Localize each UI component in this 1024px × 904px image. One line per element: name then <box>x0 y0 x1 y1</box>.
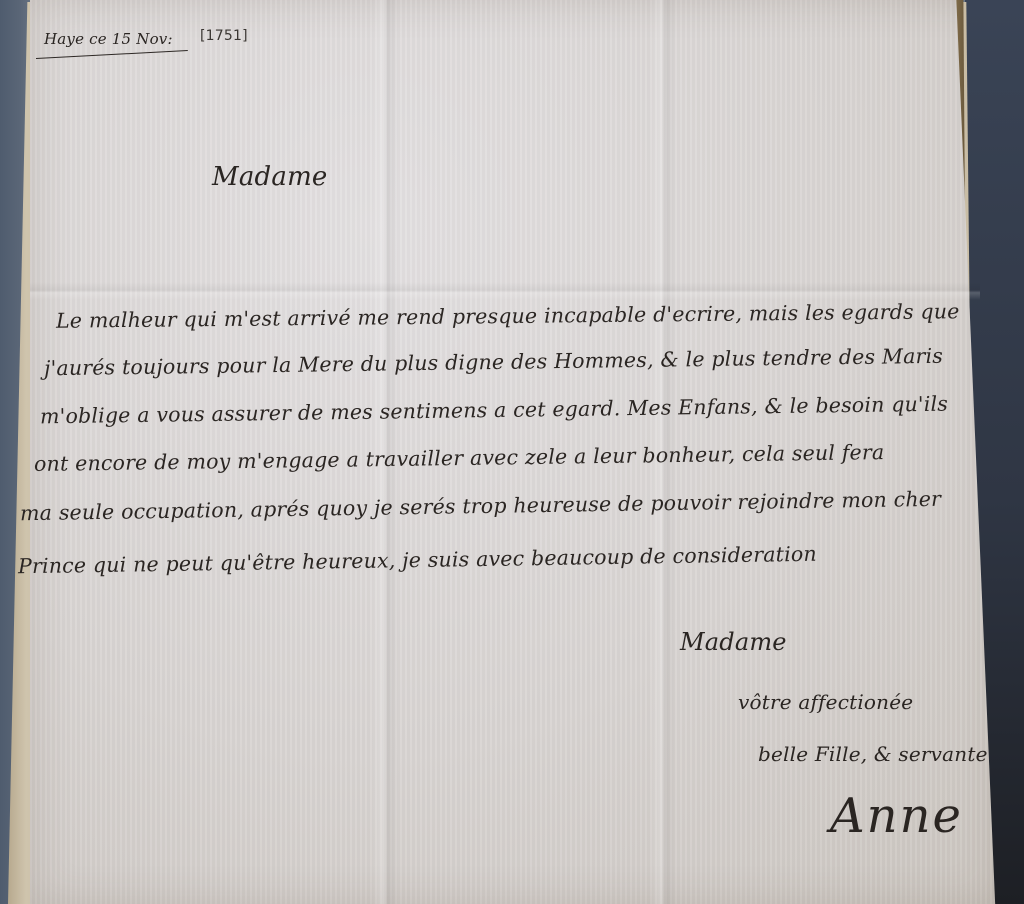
closing-line-2: belle Fille, & servante <box>758 742 988 766</box>
fold-crease-horizontal <box>30 282 980 300</box>
salutation: Madame <box>212 162 328 192</box>
place-date-note: Haye ce 15 Nov: <box>44 30 173 48</box>
closing-line-1: vôtre affectionée <box>738 690 913 714</box>
closing-address: Madame <box>680 628 787 656</box>
year-annotation: [1751] <box>200 28 248 44</box>
signature: Anne <box>830 788 963 844</box>
